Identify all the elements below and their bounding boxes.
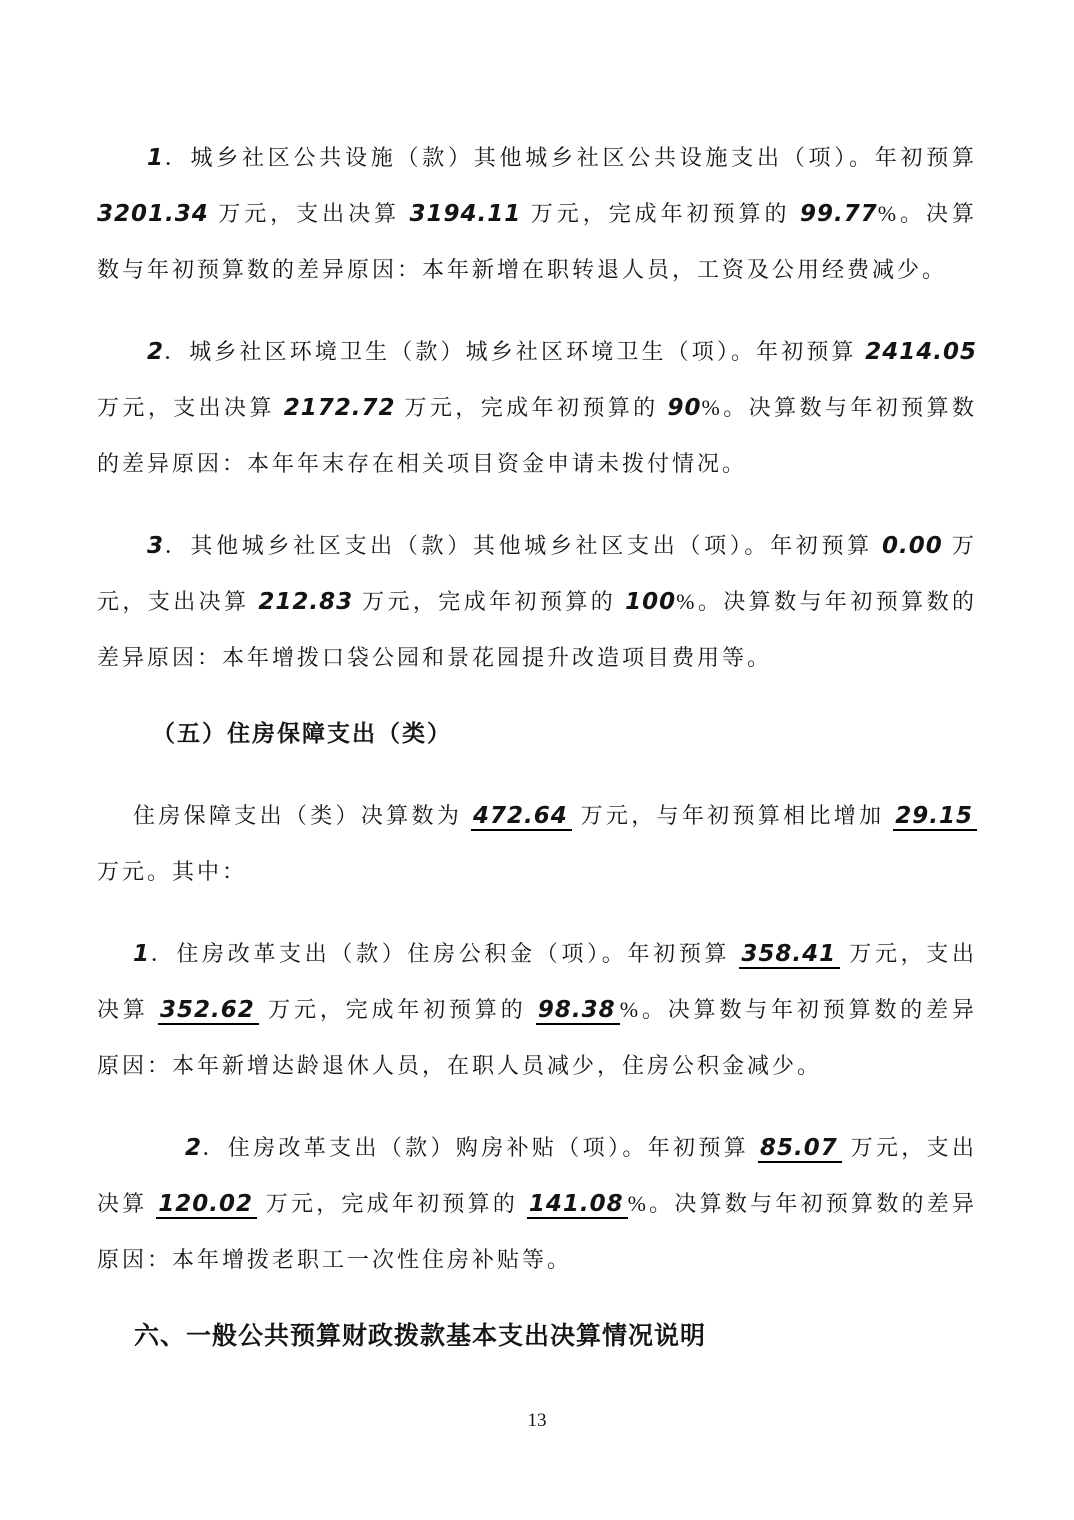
- text-run: ．城乡社区环境卫生（款）城乡社区环境卫生（项）。年初预算: [164, 339, 865, 364]
- final-accounts-figure: 212.83: [258, 589, 353, 615]
- text-run: 万元，支出决算: [209, 201, 410, 226]
- completion-rate: 100: [625, 589, 676, 615]
- list-number: 1: [147, 145, 164, 171]
- completion-rate: 141.08: [527, 1191, 628, 1219]
- text-run: 万元，完成年初预算的: [521, 201, 800, 226]
- text-run: ．城乡社区公共设施（款）其他城乡社区公共设施支出（项）。年初预算: [164, 145, 977, 170]
- heading-housing-security-section: （五）住房保障支出（类）: [152, 706, 977, 762]
- final-accounts-figure: 352.62: [158, 997, 259, 1025]
- final-accounts-figure: 120.02: [156, 1191, 257, 1219]
- paragraph-purchase-subsidy: 2．住房改革支出（款）购房补贴（项）。年初预算 85.07 万元，支出决算 12…: [97, 1120, 977, 1288]
- increase-figure: 29.15: [893, 803, 977, 831]
- page-number: 13: [0, 1410, 1074, 1432]
- text-run: ．住房改革支出（款）住房公积金（项）。年初预算: [150, 941, 739, 966]
- text-run: ．其他城乡社区支出（款）其他城乡社区支出（项）。年初预算: [164, 533, 882, 558]
- text-run: 万元，与年初预算相比增加: [572, 803, 893, 828]
- completion-rate: 98.38: [536, 997, 620, 1025]
- paragraph-housing-summary: 住房保障支出（类）决算数为 472.64 万元，与年初预算相比增加 29.15 …: [97, 788, 977, 900]
- text-run: 万元。其中：: [97, 859, 247, 884]
- text-run: 万元，完成年初预算的: [353, 589, 625, 614]
- initial-budget-figure: 85.07: [758, 1135, 842, 1163]
- final-accounts-figure: 472.64: [471, 803, 572, 831]
- paragraph-urban-public-facilities: 1．城乡社区公共设施（款）其他城乡社区公共设施支出（项）。年初预算 3201.3…: [97, 130, 977, 298]
- heading-basic-expenditure-section: 六、一般公共预算财政拨款基本支出决算情况说明: [134, 1308, 977, 1364]
- paragraph-other-community-expenditure: 3．其他城乡社区支出（款）其他城乡社区支出（项）。年初预算 0.00 万元，支出…: [97, 518, 977, 686]
- final-accounts-figure: 3194.11: [410, 201, 522, 227]
- text-run: 万元，完成年初预算的: [257, 1191, 527, 1216]
- paragraph-housing-fund: 1．住房改革支出（款）住房公积金（项）。年初预算 358.41 万元，支出决算 …: [97, 926, 977, 1094]
- initial-budget-figure: 3201.34: [97, 201, 209, 227]
- list-number: 2: [185, 1135, 202, 1161]
- initial-budget-figure: 0.00: [882, 533, 943, 559]
- text-run: 万元，完成年初预算的: [396, 395, 668, 420]
- list-number: 1: [133, 941, 150, 967]
- text-run: 住房保障支出（类）决算数为: [133, 803, 471, 828]
- list-number: 2: [147, 339, 164, 365]
- list-number: 3: [147, 533, 164, 559]
- document-page: 1．城乡社区公共设施（款）其他城乡社区公共设施支出（项）。年初预算 3201.3…: [0, 0, 1074, 1520]
- completion-rate: 90: [668, 395, 702, 421]
- initial-budget-figure: 2414.05: [865, 339, 977, 365]
- text-run: ．住房改革支出（款）购房补贴（项）。年初预算: [202, 1135, 758, 1160]
- paragraph-environment-sanitation: 2．城乡社区环境卫生（款）城乡社区环境卫生（项）。年初预算 2414.05 万元…: [97, 324, 977, 492]
- final-accounts-figure: 2172.72: [284, 395, 396, 421]
- text-run: 万元，完成年初预算的: [259, 997, 536, 1022]
- initial-budget-figure: 358.41: [739, 941, 840, 969]
- page-content: 1．城乡社区公共设施（款）其他城乡社区公共设施支出（项）。年初预算 3201.3…: [97, 130, 977, 1364]
- text-run: 万元，支出决算: [97, 395, 284, 420]
- completion-rate: 99.77: [800, 201, 878, 227]
